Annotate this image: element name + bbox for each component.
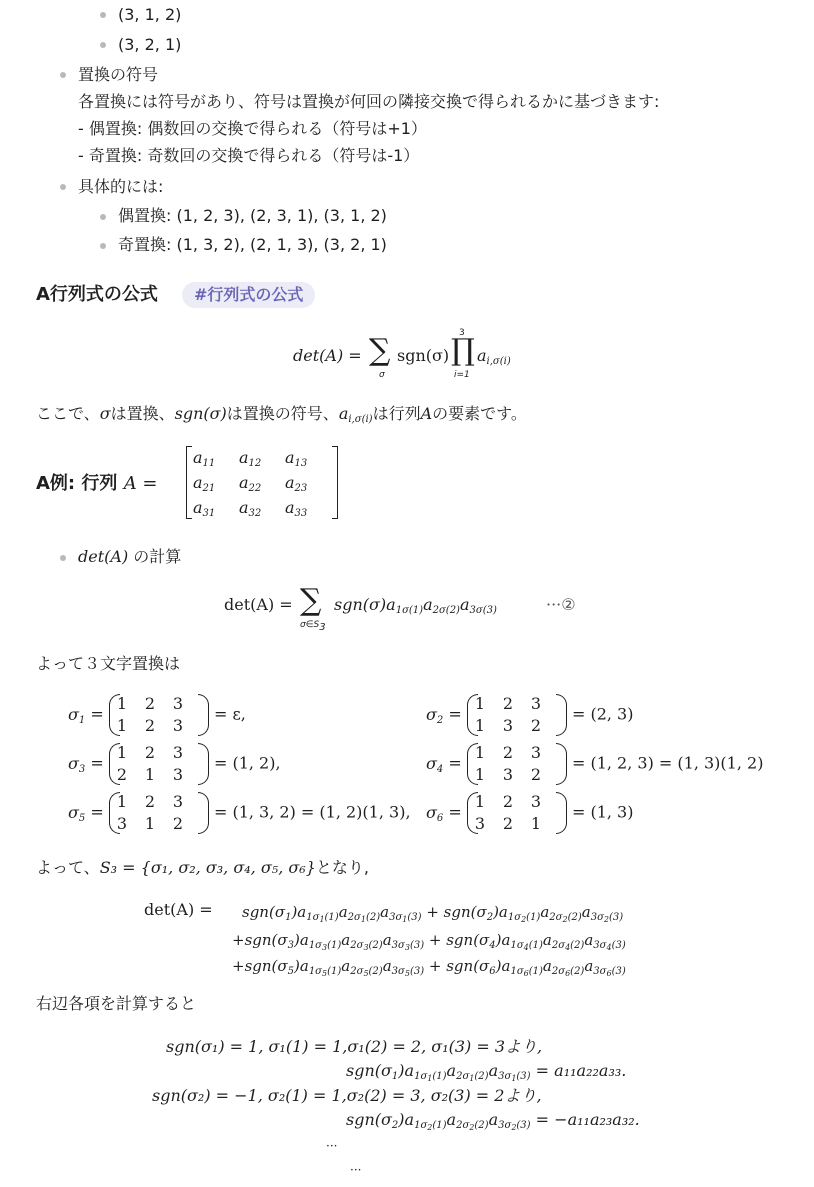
list-item-title: 具体的には: <box>78 177 163 197</box>
ellipsis: ··· <box>326 1136 337 1156</box>
section-heading: A行列式の公式 <box>36 283 158 307</box>
permutation-sigma4: σ4 = 123132 = (1, 2, 3) = (1, 3)(1, 2) <box>426 743 763 785</box>
list-bullet <box>100 12 106 18</box>
list-item: (3, 2, 1) <box>118 35 181 55</box>
expansion-lhs: det(A) = <box>144 900 213 920</box>
compute-line: sgn(σ2)a1σ2(1)a2σ2(2)a3σ2(3) = −a₁₁a₂₃a₃… <box>346 1110 640 1130</box>
permutation-sigma2: σ2 = 123132 = (2, 3) <box>426 694 633 736</box>
prod-lower: i=1 <box>454 370 470 380</box>
list-bullet <box>100 214 106 220</box>
permutation-sigma3: σ3 = 123213 = (1, 2), <box>68 743 281 785</box>
compute-line: sgn(σ₂) = −1, σ₂(1) = 1,σ₂(2) = 3, σ₂(3)… <box>152 1086 542 1106</box>
expansion-row: +sgn(σ3)a1σ3(1)a2σ3(2)a3σ3(3) + sgn(σ4)a… <box>232 930 626 950</box>
list-item: 奇置換: (1, 3, 2), (2, 1, 3), (3, 2, 1) <box>118 235 387 255</box>
formula-lhs: det(A) = <box>293 346 362 366</box>
hashtag-link[interactable]: #行列式の公式 <box>182 282 315 308</box>
formula-explanation: ここで、σは置換、sgn(σ)は置換の符号、ai,σ(i)は行列Aの要素です。 <box>36 404 527 424</box>
element-term: ai,σ(i) <box>477 346 511 366</box>
list-bullet <box>60 184 66 190</box>
sum-symbol: ∑ <box>369 336 390 366</box>
expansion-row: +sgn(σ5)a1σ5(1)a2σ5(2)a3σ5(3) + sgn(σ6)a… <box>232 956 626 976</box>
permutation-sigma5: σ5 = 123312 = (1, 3, 2) = (1, 2)(1, 3), <box>68 792 411 834</box>
list-item-title: 置換の符号 <box>78 65 158 85</box>
list-item: (3, 1, 2) <box>118 5 181 25</box>
list-bullet <box>60 72 66 78</box>
determinant-formula: det(A) = ∑ σ sgn(σ) 3 ∏ i=1 ai,σ(i) <box>293 328 533 384</box>
ellipsis: ··· <box>350 1160 361 1180</box>
matrix-A: a11a12a13 a21a22a23 a31a32a33 <box>186 446 338 519</box>
list-item-even: - 偶置換: 偶数回の交換で得られる（符号は+1） <box>78 119 427 139</box>
expansion-row: sgn(σ1)a1σ1(1)a2σ1(2)a3σ1(3) + sgn(σ2)a1… <box>242 902 623 922</box>
list-item-odd: - 奇置換: 奇数回の交換で得られる（符号は-1） <box>78 146 419 166</box>
compute-intro: 右辺各項を計算すると <box>36 994 196 1014</box>
sgn-term: sgn(σ) <box>397 346 449 366</box>
list-bullet <box>100 42 106 48</box>
list-bullet <box>100 243 106 249</box>
determinant-expansion-formula: det(A) = ∑ σ∈S3 sgn(σ)a1σ(1)a2σ(2)a3σ(3)… <box>224 588 604 634</box>
permutation-sigma6: σ6 = 123321 = (1, 3) <box>426 792 633 834</box>
list-bullet <box>60 555 66 561</box>
compute-line: sgn(σ1)a1σ1(1)a2σ1(2)a3σ1(3) = a₁₁a₂₂a₃₃… <box>346 1061 626 1081</box>
list-item: 偶置換: (1, 2, 3), (2, 3, 1), (3, 1, 2) <box>118 206 387 226</box>
product-symbol: ∏ <box>451 336 475 366</box>
list-item: det(A) の計算 <box>78 547 181 567</box>
permutation-sigma1: σ1 = 123123 = ε, <box>68 694 246 736</box>
permutations-intro: よって３文字置換は <box>36 654 180 674</box>
list-item-desc: 各置換には符号があり、符号は置換が何回の隣接交換で得られるかに基づきます: <box>78 92 659 112</box>
example-heading: A例: 行列 A = <box>36 472 158 496</box>
equation-label: ···② <box>546 595 576 615</box>
sum-lower: σ <box>379 370 385 380</box>
s3-definition: よって、S₃ = {σ₁, σ₂, σ₃, σ₄, σ₅, σ₆}となり, <box>36 858 369 878</box>
compute-line: sgn(σ₁) = 1, σ₁(1) = 1,σ₁(2) = 2, σ₁(3) … <box>166 1037 542 1057</box>
